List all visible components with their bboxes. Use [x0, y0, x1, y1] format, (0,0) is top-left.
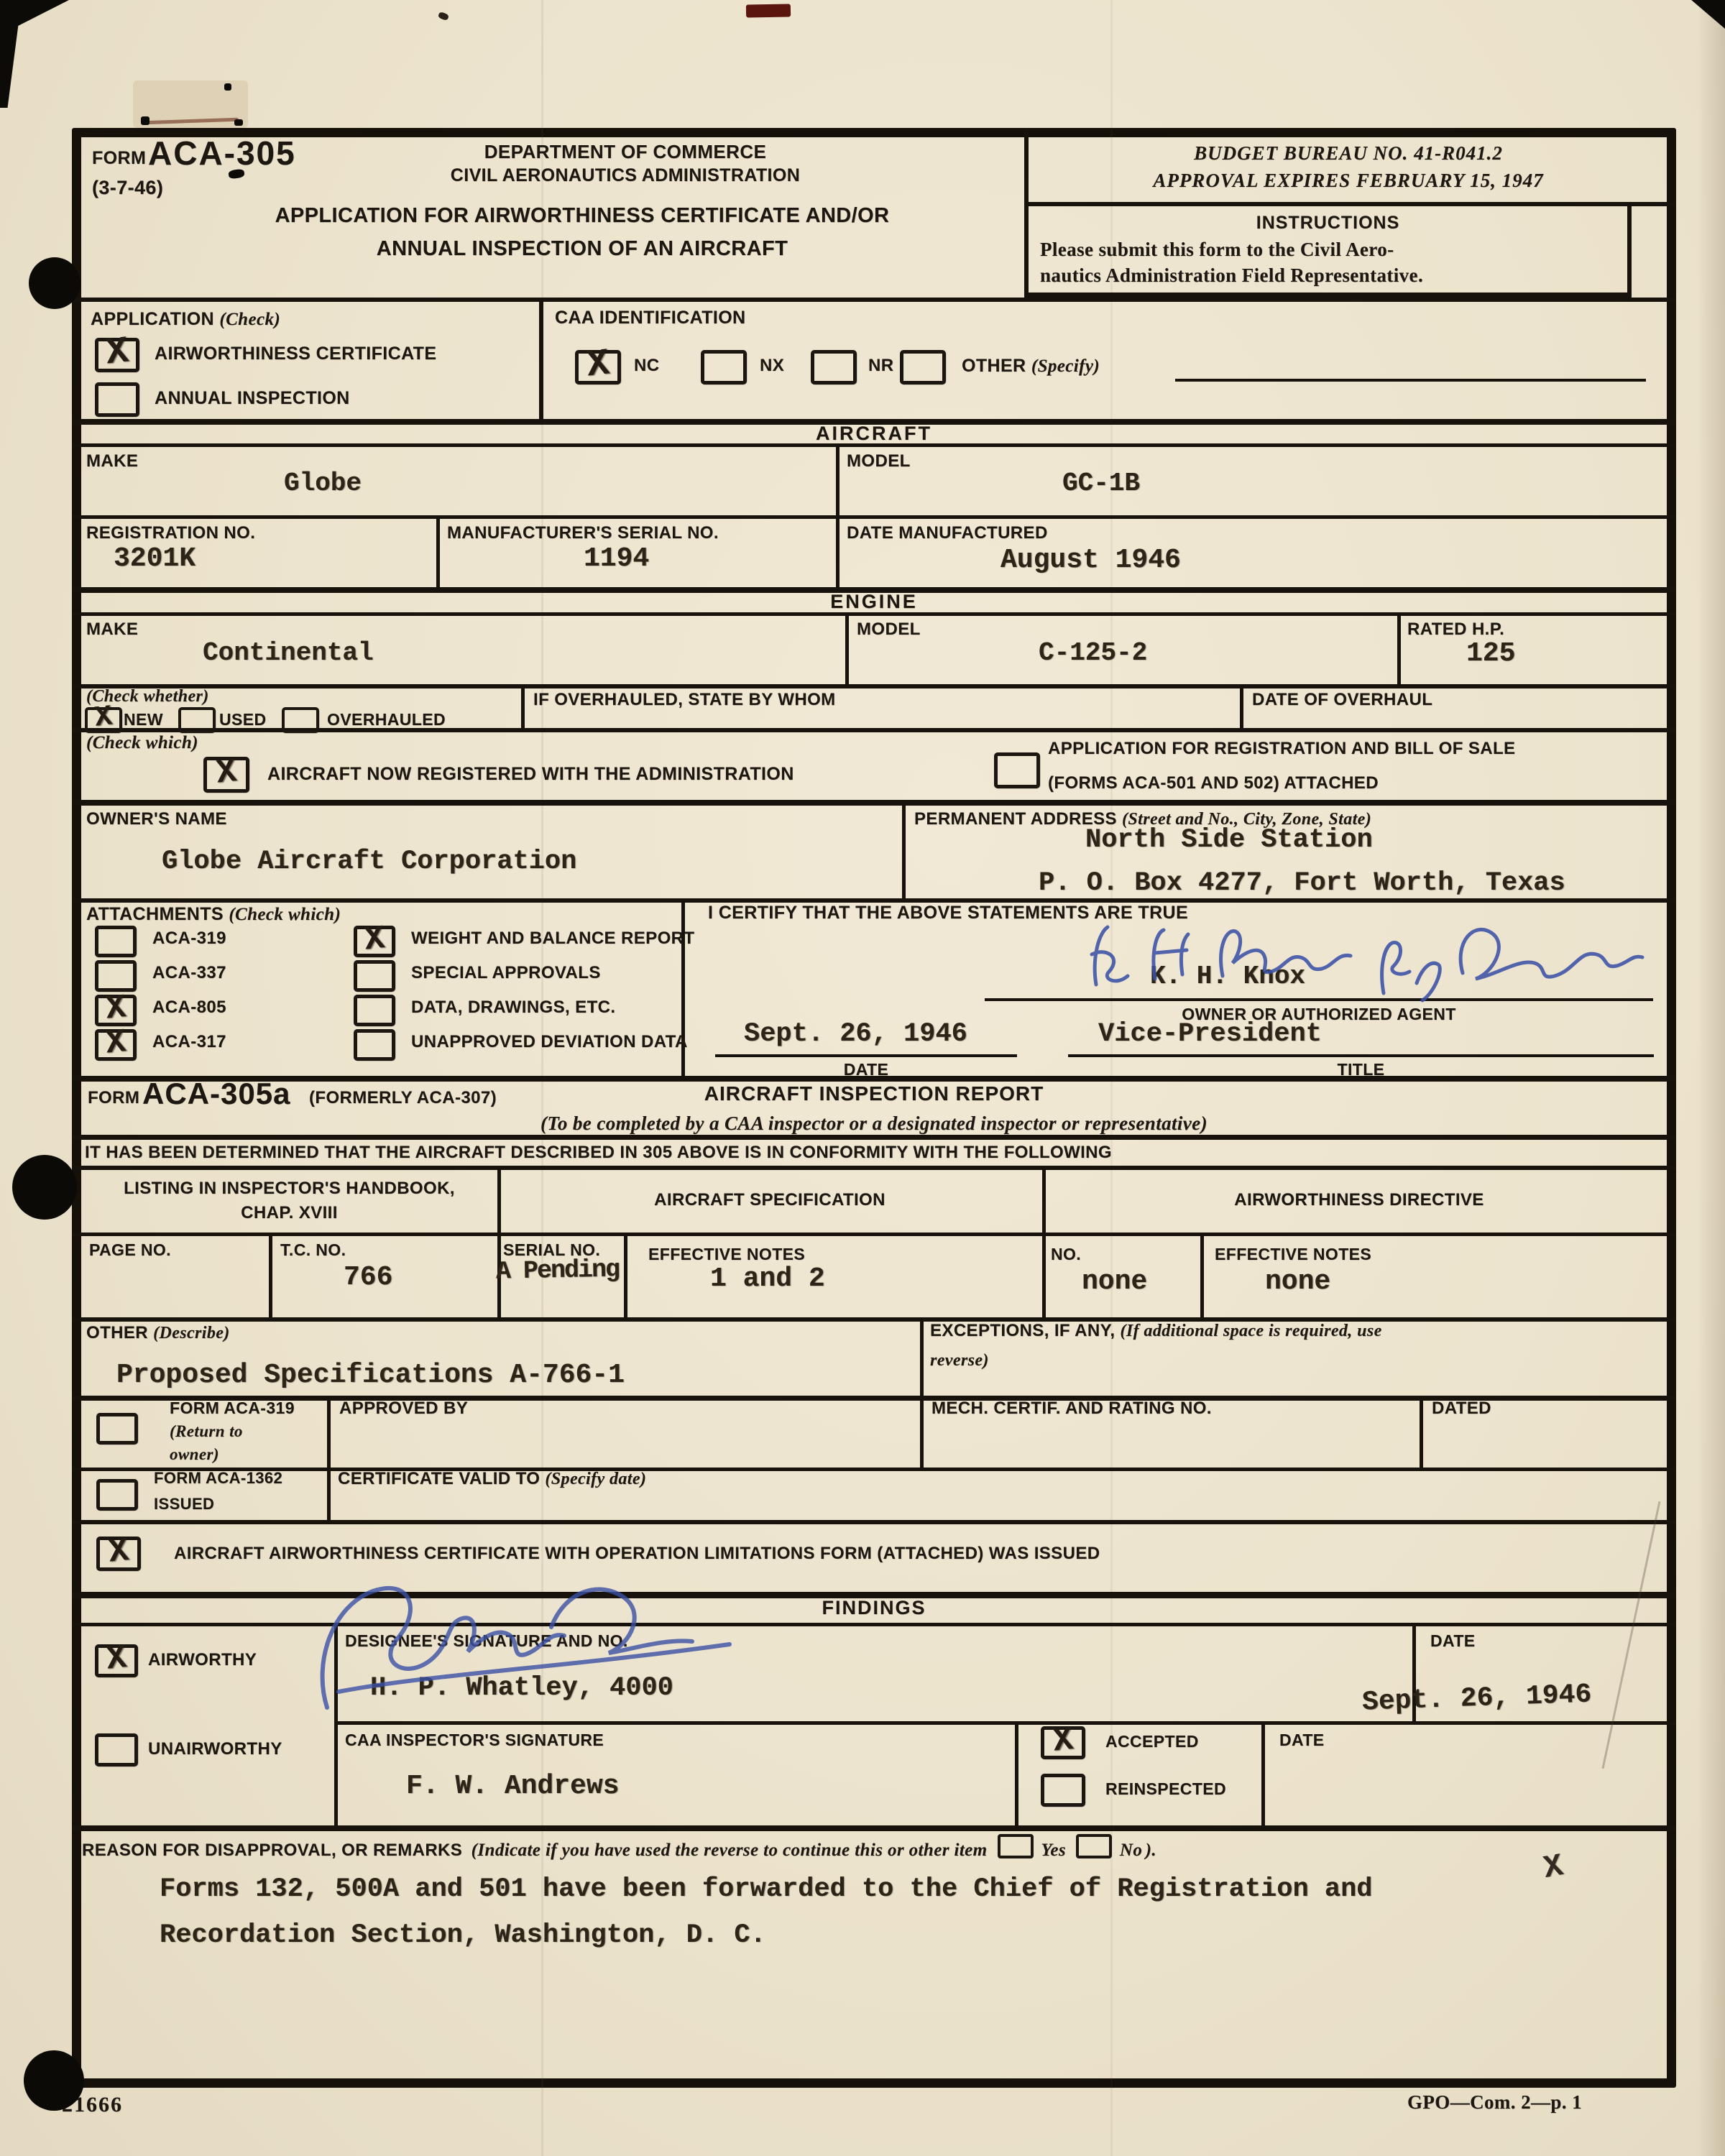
nr-checkbox[interactable] — [811, 350, 857, 384]
speck-artifact — [438, 11, 449, 21]
nr-label: NR — [868, 356, 893, 376]
form-title-line2: ANNUAL INSPECTION OF AN AIRCRAFT — [144, 237, 1021, 261]
unapproved-deviation-checkbox[interactable] — [354, 1029, 395, 1061]
application-attached-checkbox[interactable] — [994, 752, 1040, 788]
aircraft-model-label: MODEL — [847, 451, 911, 471]
reason-for-disapproval-line: REASON FOR DISAPPROVAL, OR REMARKS (Indi… — [82, 1834, 1670, 1861]
engine-model-label: MODEL — [857, 619, 921, 640]
owner-name-value: Globe Aircraft Corporation — [162, 847, 576, 877]
budget-bureau-box — [1024, 128, 1676, 206]
registered-checkbox[interactable]: X — [203, 757, 249, 793]
engine-overhauled-checkbox[interactable] — [282, 707, 319, 733]
title-line[interactable] — [1068, 1054, 1654, 1057]
form-aca-319-checkbox[interactable] — [96, 1413, 138, 1445]
aca-337-checkbox[interactable] — [95, 960, 137, 992]
checkbox-mark: X — [1052, 1723, 1075, 1759]
checkbox-mark: X — [104, 1026, 127, 1061]
check-which-label: (Check which) — [86, 733, 198, 753]
hole-punch — [29, 257, 80, 309]
reason-close: ). — [1146, 1841, 1156, 1860]
other-checkbox[interactable] — [900, 350, 946, 384]
nx-checkbox[interactable] — [701, 350, 747, 384]
directive-no-label: NO. — [1051, 1245, 1081, 1264]
registration-no-value: 3201K — [114, 543, 195, 574]
inspection-subtitle: (To be completed by a CAA inspector or a… — [72, 1112, 1676, 1135]
overhauled-by-whom-label: IF OVERHAULED, STATE BY WHOM — [533, 690, 836, 710]
annual-inspection-label: ANNUAL INSPECTION — [155, 388, 350, 409]
engine-new-label: NEW — [124, 710, 163, 729]
remarks-line1: Forms 132, 500A and 501 have been forwar… — [160, 1874, 1372, 1904]
aircraft-model-value: GC-1B — [1062, 469, 1140, 498]
aircraft-make-label: MAKE — [86, 451, 138, 471]
tape-stain-dot — [224, 83, 231, 91]
date-manufactured-label: DATE MANUFACTURED — [847, 523, 1048, 543]
instructions-title: INSTRUCTIONS — [1024, 213, 1632, 234]
exceptions-label: EXCEPTIONS, IF ANY, (If additional space… — [930, 1321, 1382, 1341]
tc-no-value: 766 — [344, 1262, 392, 1293]
permanent-address-line2: P. O. Box 4277, Fort Worth, Texas — [1039, 868, 1565, 898]
airworthiness-certificate-checkbox[interactable]: X — [95, 338, 139, 372]
spec-serial-value: A Pending — [496, 1256, 620, 1286]
budget-approval-expires: APPROVAL EXPIRES FEBRUARY 15, 1947 — [1029, 170, 1668, 192]
listing-header-line1: LISTING IN INSPECTOR'S HANDBOOK, — [81, 1179, 497, 1199]
reinspected-checkbox[interactable] — [1041, 1774, 1085, 1807]
airworthiness-certificate-label: AIRWORTHINESS CERTIFICATE — [155, 344, 436, 364]
checkbox-mark: X — [104, 991, 127, 1026]
findings-date1-label: DATE — [1430, 1631, 1476, 1651]
aircraft-make-value: Globe — [284, 469, 362, 498]
aca-805-checkbox[interactable]: X — [95, 995, 137, 1026]
unairworthy-label: UNAIRWORTHY — [148, 1739, 282, 1759]
reason-yes-checkbox[interactable] — [998, 1834, 1034, 1858]
certification-title-value: Vice-President — [1098, 1019, 1322, 1049]
tc-no-label: T.C. NO. — [280, 1240, 346, 1260]
checkbox-mark: X — [105, 1641, 128, 1677]
data-drawings-label: DATA, DRAWINGS, ETC. — [411, 998, 615, 1018]
engine-used-checkbox[interactable] — [178, 707, 216, 733]
aca-317-checkbox[interactable]: X — [95, 1029, 137, 1061]
date-of-overhaul-label: DATE OF OVERHAUL — [1252, 690, 1432, 710]
form-aca-1362-label: FORM ACA-1362 — [154, 1469, 282, 1488]
approved-by-label: APPROVED BY — [339, 1399, 468, 1419]
reason-note: (Indicate if you have used the reverse t… — [471, 1841, 988, 1860]
caa-identification-label: CAA IDENTIFICATION — [555, 308, 746, 328]
certification-date-value: Sept. 26, 1946 — [744, 1019, 967, 1049]
weight-balance-label: WEIGHT AND BALANCE REPORT — [411, 929, 694, 949]
instructions-text-line1: Please submit this form to the Civil Aer… — [1040, 239, 1394, 261]
other-describe-value: Proposed Specifications A-766-1 — [116, 1360, 625, 1391]
attachments-label: ATTACHMENTS (Check which) — [86, 904, 341, 925]
airworthy-checkbox[interactable]: X — [95, 1644, 138, 1677]
date-manufactured-value: August 1946 — [1000, 545, 1181, 576]
tape-stain-dot — [234, 119, 243, 126]
nc-label: NC — [634, 356, 659, 376]
aca-317-label: ACA-317 — [152, 1032, 226, 1052]
annual-inspection-checkbox[interactable] — [95, 382, 139, 417]
form-revision: (3-7-46) — [92, 177, 163, 199]
reason-yes-label: Yes — [1041, 1841, 1066, 1860]
nx-label: NX — [760, 356, 784, 376]
accepted-checkbox[interactable]: X — [1041, 1726, 1085, 1759]
rated-hp-label: RATED H.P. — [1407, 619, 1504, 640]
budget-bureau-number: BUDGET BUREAU NO. 41-R041.2 — [1029, 142, 1668, 165]
reinspected-label: REINSPECTED — [1105, 1779, 1226, 1799]
unairworthy-checkbox[interactable] — [95, 1733, 138, 1766]
aircraft-spec-header: AIRCRAFT SPECIFICATION — [497, 1190, 1042, 1210]
certificate-valid-label: CERTIFICATE VALID TO (Specify date) — [338, 1469, 646, 1489]
directive-no-value: none — [1082, 1266, 1147, 1297]
conformity-statement: IT HAS BEEN DETERMINED THAT THE AIRCRAFT… — [85, 1143, 1112, 1163]
red-mark-artifact — [746, 4, 791, 17]
registration-no-label: REGISTRATION NO. — [86, 523, 255, 543]
special-approvals-label: SPECIAL APPROVALS — [411, 963, 601, 983]
form-title-line1: APPLICATION FOR AIRWORTHINESS CERTIFICAT… — [144, 204, 1021, 228]
hole-punch — [12, 1155, 77, 1220]
checkbox-mark: X — [93, 703, 114, 733]
caa-inspector-signature-typed: F. W. Andrews — [406, 1771, 619, 1802]
effective-notes2-label: EFFECTIVE NOTES — [1215, 1245, 1371, 1264]
engine-section-title: ENGINE — [72, 591, 1676, 613]
reason-label: REASON FOR DISAPPROVAL, OR REMARKS — [82, 1841, 462, 1860]
instructions-text-line2: nautics Administration Field Representat… — [1040, 264, 1423, 287]
other-label: OTHER (Specify) — [962, 356, 1100, 377]
form-number-label: FORM — [92, 148, 146, 169]
registered-label: AIRCRAFT NOW REGISTERED WITH THE ADMINIS… — [267, 764, 794, 785]
checkbox-mark: X — [363, 922, 386, 957]
form-aca-319-label: FORM ACA-319 — [170, 1399, 295, 1418]
certificate-issued-checkbox[interactable]: X — [96, 1537, 141, 1571]
aca-319-checkbox[interactable] — [95, 926, 137, 957]
owner-signature — [1075, 904, 1657, 1012]
exceptions-label-line2: reverse) — [930, 1351, 989, 1370]
department-name: DEPARTMENT OF COMMERCE — [388, 141, 862, 163]
page-no-label: PAGE NO. — [89, 1240, 171, 1260]
mech-certif-label: MECH. CERTIF. AND RATING NO. — [931, 1399, 1212, 1419]
reason-no-label: No — [1120, 1841, 1142, 1860]
aircraft-section-title: AIRCRAFT — [72, 423, 1676, 445]
remarks-line2: Recordation Section, Washington, D. C. — [160, 1920, 766, 1950]
title-label: TITLE — [1068, 1060, 1654, 1079]
checkbox-mark: X — [585, 345, 611, 384]
inspection-report-title: AIRCRAFT INSPECTION REPORT — [72, 1082, 1676, 1105]
aca-805-label: ACA-805 — [152, 998, 226, 1018]
caa-inspector-signature-label: CAA INSPECTOR'S SIGNATURE — [345, 1731, 604, 1750]
engine-overhauled-label: OVERHAULED — [327, 710, 446, 729]
engine-model-value: C-125-2 — [1039, 638, 1147, 668]
paper-edge-shadow — [1699, 0, 1725, 2156]
permanent-address-line1: North Side Station — [1085, 825, 1373, 855]
unapproved-deviation-label: UNAPPROVED DEVIATION DATA — [411, 1032, 688, 1052]
scanned-form-page: FORM ACA-305 (3-7-46) DEPARTMENT OF COMM… — [0, 0, 1725, 2156]
nc-checkbox[interactable]: X — [575, 350, 621, 384]
checkbox-mark: X — [107, 1534, 130, 1570]
other-specify-line[interactable] — [1175, 379, 1646, 382]
effective-notes2-value: none — [1265, 1266, 1330, 1297]
date-line[interactable] — [715, 1054, 1017, 1057]
aca-319-label: ACA-319 — [152, 929, 226, 949]
hole-punch — [24, 2050, 84, 2111]
other-describe-label: OTHER (Describe) — [86, 1323, 230, 1343]
corner-artifact-left-edge — [0, 0, 22, 108]
designee-signature — [298, 1561, 758, 1733]
owner-name-label: OWNER'S NAME — [86, 809, 227, 829]
engine-make-value: Continental — [203, 638, 374, 668]
serial-no-value: 1194 — [584, 543, 649, 574]
listing-header-line2: CHAP. XVIII — [81, 1203, 497, 1223]
application-attached-line2: (FORMS ACA-501 AND 502) ATTACHED — [1048, 773, 1379, 793]
date-label: DATE — [715, 1060, 1017, 1079]
administration-name: CIVIL AERONAUTICS ADMINISTRATION — [388, 165, 862, 186]
dated-label: DATED — [1432, 1399, 1491, 1419]
effective-notes1-label: EFFECTIVE NOTES — [648, 1245, 805, 1264]
airworthiness-directive-header: AIRWORTHINESS DIRECTIVE — [1042, 1190, 1676, 1210]
form-aca-1362-issued-label: ISSUED — [154, 1495, 214, 1514]
application-attached-line1: APPLICATION FOR REGISTRATION AND BILL OF… — [1048, 739, 1515, 759]
engine-used-label: USED — [219, 710, 267, 729]
data-drawings-checkbox[interactable] — [354, 995, 395, 1026]
form-number: ACA-305 — [148, 134, 296, 172]
application-section-label: APPLICATION (Check) — [91, 309, 280, 330]
special-approvals-checkbox[interactable] — [354, 960, 395, 992]
engine-new-checkbox[interactable]: X — [85, 707, 122, 733]
effective-notes1-value: 1 and 2 — [710, 1263, 825, 1294]
aca-337-label: ACA-337 — [152, 963, 226, 983]
findings-date2-label: DATE — [1279, 1731, 1325, 1750]
airworthy-label: AIRWORTHY — [148, 1650, 257, 1670]
accepted-label: ACCEPTED — [1105, 1732, 1199, 1751]
weight-balance-checkbox[interactable]: X — [354, 926, 395, 957]
checkbox-mark: X — [104, 333, 130, 372]
tape-stain-dot — [141, 116, 149, 125]
checkbox-mark: X — [215, 755, 238, 791]
form-aca-1362-checkbox[interactable] — [96, 1479, 138, 1511]
reason-no-checkbox[interactable] — [1076, 1834, 1112, 1858]
engine-make-label: MAKE — [86, 619, 138, 640]
serial-no-label: MANUFACTURER'S SERIAL NO. — [447, 523, 719, 543]
gpo-imprint: GPO—Com. 2—p. 1 — [1407, 2091, 1582, 2114]
form-aca-319-note1: (Return to — [170, 1422, 243, 1441]
form-aca-319-note2: owner) — [170, 1445, 219, 1464]
rated-hp-value: 125 — [1466, 638, 1515, 669]
